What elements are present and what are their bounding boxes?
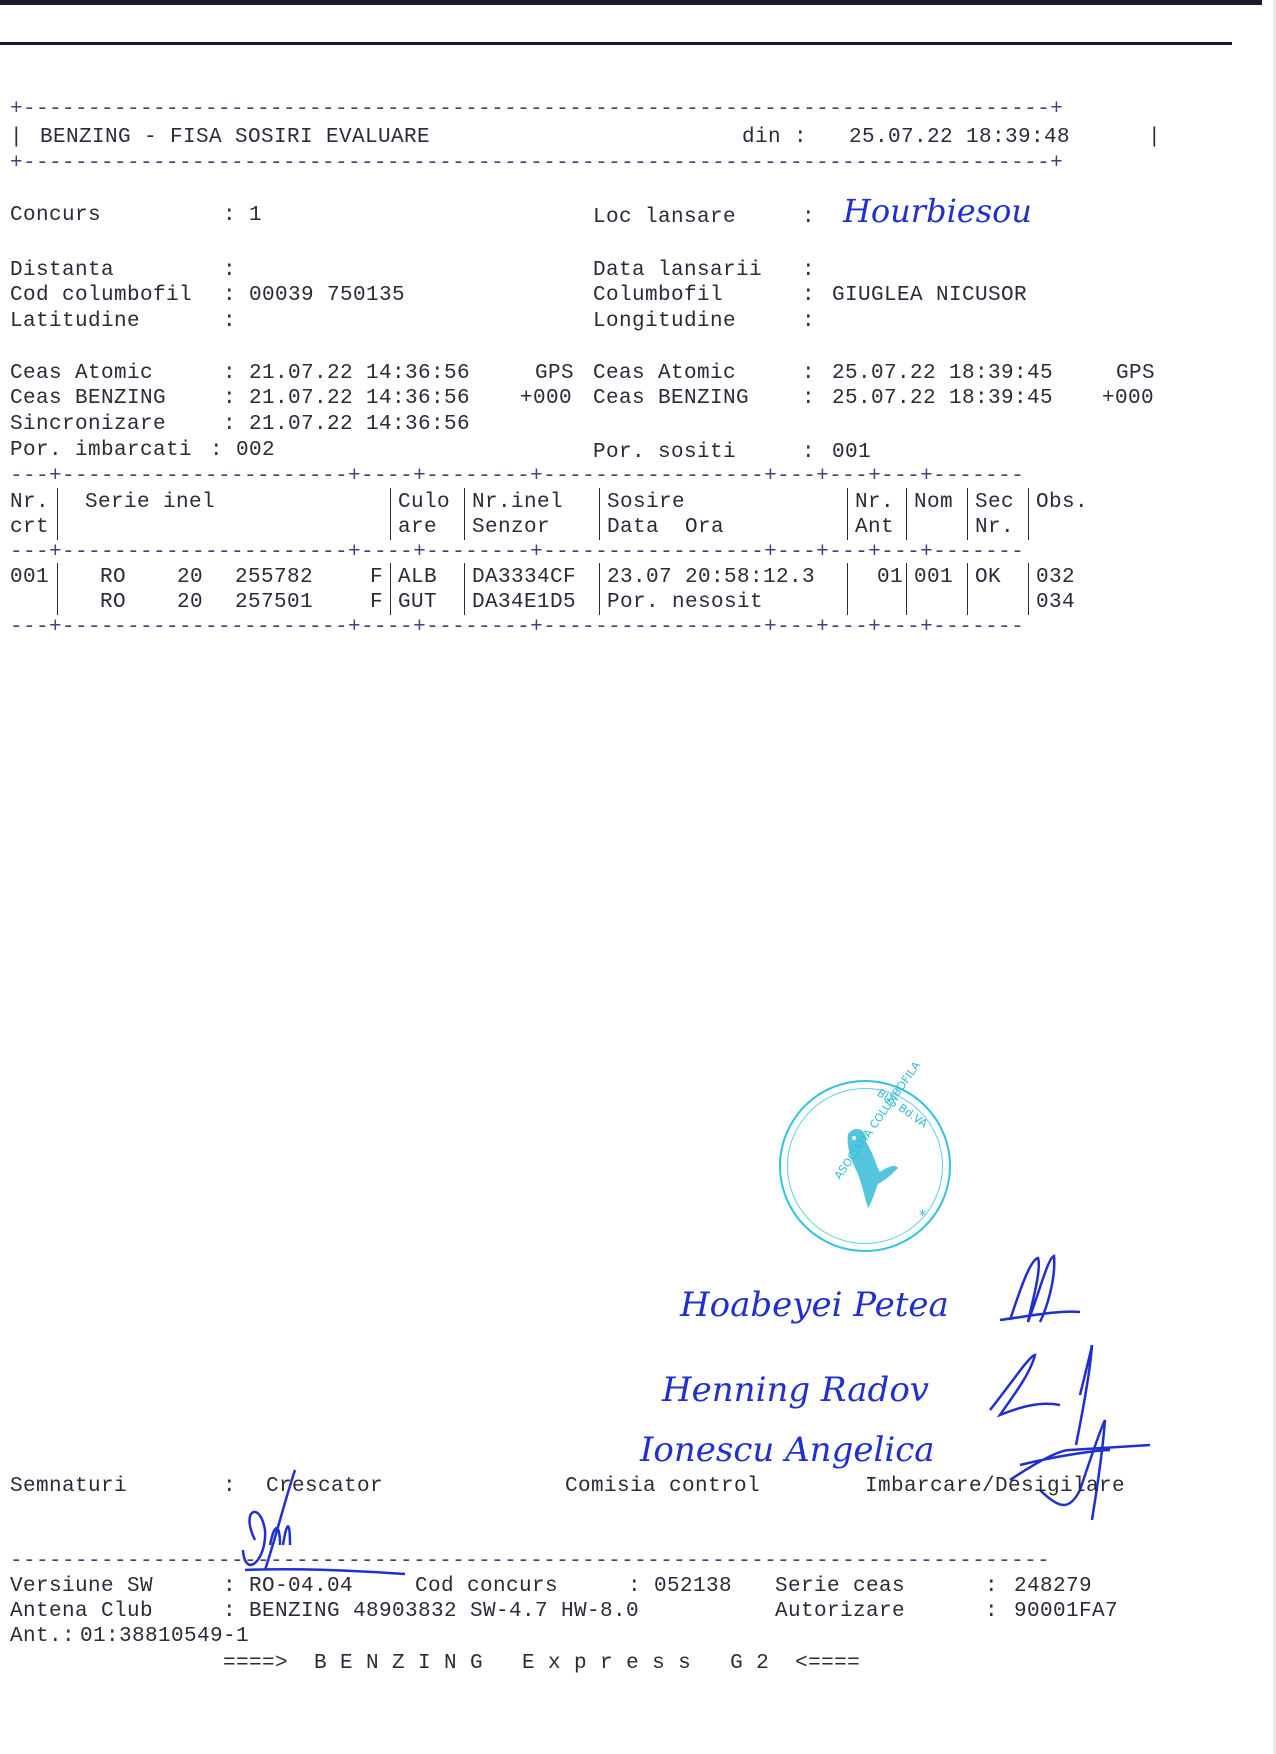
table-cell-country: RO <box>100 565 126 590</box>
columbofil-value: GIUGLEA NICUSOR <box>832 283 1027 308</box>
footer-banner: ====> B E N Z I N G E x p r e s s G 2 <=… <box>223 1651 860 1676</box>
ant-label: Ant.: <box>10 1624 75 1649</box>
table-cell-sec: OK <box>975 565 1001 590</box>
pigeon-icon <box>836 1122 906 1212</box>
column-separator <box>906 588 907 615</box>
signature-scribble-3 <box>1000 1420 1170 1520</box>
versiune-sw-value: RO-04.04 <box>249 1574 353 1599</box>
table-cell-color: GUT <box>398 590 437 615</box>
semnaturi-label: Semnaturi <box>10 1474 127 1499</box>
table-cell-sex: F <box>370 565 383 590</box>
cod-columbofil-value: 00039 750135 <box>249 283 405 308</box>
table-cell-country: RO <box>100 590 126 615</box>
longitudine-label: Longitudine <box>593 309 736 334</box>
left-ceas-benzing-value: 21.07.22 14:36:56 <box>249 386 470 411</box>
distanta-label: Distanta <box>10 258 114 283</box>
column-separator <box>1028 563 1029 590</box>
cod-concurs-label: Cod concurs <box>415 1574 558 1599</box>
column-separator <box>967 563 968 590</box>
colon: : <box>223 1599 236 1624</box>
loc-lansare-colon: : <box>802 205 815 230</box>
antena-club-value: BENZING 48903832 SW-4.7 HW-8.0 <box>249 1599 639 1624</box>
colon: : <box>223 361 236 386</box>
header-box-bottom-border: +---------------------------------------… <box>10 158 1063 170</box>
column-separator <box>906 513 907 540</box>
table-cell-arrival: 23.07 20:58:12.3 <box>607 565 815 590</box>
page-top-edge <box>0 0 1262 5</box>
table-header-cell: Ant <box>855 515 894 540</box>
table-header-cell: Serie inel <box>85 490 215 515</box>
column-separator <box>847 563 848 590</box>
loc-lansare-handwritten: Hourbiesou <box>843 192 1032 230</box>
table-header-cell: Senzor <box>472 515 550 540</box>
colon: : <box>802 386 815 411</box>
table-cell-sex: F <box>370 590 383 615</box>
left-ceas-atomic-value: 21.07.22 14:36:56 <box>249 361 470 386</box>
left-ceas-benzing-label: Ceas BENZING <box>10 386 166 411</box>
column-separator <box>390 513 391 540</box>
table-cell-obs: 032 <box>1036 565 1075 590</box>
right-ceas-atomic-value: 25.07.22 18:39:45 <box>832 361 1053 386</box>
right-ceas-benzing-label: Ceas BENZING <box>593 386 749 411</box>
table-cell-sensor: DA34E1D5 <box>472 590 576 615</box>
column-separator <box>906 488 907 515</box>
antena-club-label: Antena Club <box>10 1599 153 1624</box>
signature-scribble-1 <box>990 1250 1090 1340</box>
handwritten-name-3: Ionescu Angelica <box>640 1430 935 1470</box>
data-lansarii-colon: : <box>802 258 815 283</box>
column-separator <box>847 513 848 540</box>
column-separator <box>599 513 600 540</box>
distanta-colon: : <box>223 258 236 283</box>
column-separator <box>57 563 58 590</box>
column-separator <box>390 563 391 590</box>
colon: : <box>802 361 815 386</box>
table-header-cell: Culo <box>398 490 450 515</box>
serie-ceas-label: Serie ceas <box>775 1574 905 1599</box>
concurs-value: 1 <box>249 203 262 228</box>
table-top-border: ---+----------------------+----+--------… <box>10 471 1024 483</box>
header-box-top-border: +---------------------------------------… <box>10 104 1063 116</box>
column-separator <box>967 488 968 515</box>
column-separator <box>847 488 848 515</box>
columbofil-label: Columbofil <box>593 283 723 308</box>
column-separator <box>599 588 600 615</box>
data-lansarii-label: Data lansarii <box>593 258 762 283</box>
colon: : <box>985 1599 998 1624</box>
latitudine-label: Latitudine <box>10 309 140 334</box>
column-separator <box>57 588 58 615</box>
column-separator <box>1028 488 1029 515</box>
autorizare-value: 90001FA7 <box>1014 1599 1118 1624</box>
column-separator <box>464 563 465 590</box>
cod-columbofil-label: Cod columbofil <box>10 283 192 308</box>
concurs-label: Concurs <box>10 203 101 228</box>
table-cell-year: 20 <box>177 590 203 615</box>
table-cell-sensor: DA3334CF <box>472 565 576 590</box>
table-header-cell: Data Ora <box>607 515 724 540</box>
column-separator <box>390 488 391 515</box>
table-cell-ring: 255782 <box>235 565 313 590</box>
column-separator <box>464 588 465 615</box>
table-cell-arrival: Por. nesosit <box>607 590 763 615</box>
right-ceas-benzing-suffix: +000 <box>1102 386 1154 411</box>
left-ceas-atomic-label: Ceas Atomic <box>10 361 153 386</box>
column-separator <box>1028 588 1029 615</box>
table-cell-ring: 257501 <box>235 590 313 615</box>
left-ceas-atomic-suffix: GPS <box>535 361 574 386</box>
table-header-cell: Obs. <box>1036 490 1088 515</box>
versiune-sw-label: Versiune SW <box>10 1574 153 1599</box>
column-separator <box>906 563 907 590</box>
header-box-left-border: | <box>10 125 23 150</box>
autorizare-label: Autorizare <box>775 1599 905 1624</box>
handwritten-name-1: Hoabeyei Petea <box>680 1285 949 1325</box>
top-rule <box>0 42 1232 45</box>
column-separator <box>57 513 58 540</box>
table-header-border: ---+----------------------+----+--------… <box>10 547 1024 559</box>
column-separator <box>599 563 600 590</box>
colon: : <box>223 386 236 411</box>
handwritten-name-2: Henning Radov <box>662 1370 929 1410</box>
longitudine-colon: : <box>802 309 815 334</box>
serie-ceas-value: 248279 <box>1014 1574 1092 1599</box>
por-imbarcati-value: 002 <box>236 438 275 463</box>
club-stamp: ASOCIATIA COLUMBOFILA BUS Bd.VA * <box>779 1080 951 1252</box>
document-title: BENZING - FISA SOSIRI EVALUARE <box>40 125 430 150</box>
column-separator <box>967 588 968 615</box>
concurs-colon: : <box>223 203 236 228</box>
table-cell-year: 20 <box>177 565 203 590</box>
table-bottom-border: ---+----------------------+----+--------… <box>10 622 1024 634</box>
ant-value: 01:38810549-1 <box>80 1624 249 1649</box>
column-separator <box>464 488 465 515</box>
colon: : <box>223 1574 236 1599</box>
column-separator <box>599 488 600 515</box>
por-sositi-value: 001 <box>832 440 871 465</box>
header-date-value: 25.07.22 18:39:48 <box>849 125 1070 150</box>
footer-top-border: ----------------------------------------… <box>10 1556 1050 1568</box>
table-header-cell: Nr. <box>10 490 49 515</box>
table-header-cell: Nr.inel <box>472 490 563 515</box>
right-ceas-atomic-suffix: GPS <box>1116 361 1155 386</box>
column-separator <box>464 513 465 540</box>
imbarcare-desigilare-label: Imbarcare/Desigilare <box>865 1474 1125 1499</box>
table-header-cell: Nr. <box>975 515 1014 540</box>
table-cell-nom: 001 <box>914 565 953 590</box>
right-ceas-atomic-label: Ceas Atomic <box>593 361 736 386</box>
columbofil-colon: : <box>802 283 815 308</box>
table-cell-obs: 034 <box>1036 590 1075 615</box>
table-cell-nr-crt: 001 <box>10 565 49 590</box>
left-ceas-benzing-suffix: +000 <box>520 386 572 411</box>
latitudine-colon: : <box>223 309 236 334</box>
colon: : <box>985 1574 998 1599</box>
cod-columbofil-colon: : <box>223 283 236 308</box>
por-sositi-label: Por. sositi <box>593 440 736 465</box>
sincronizare-value: 21.07.22 14:36:56 <box>249 412 470 437</box>
table-cell-color: ALB <box>398 565 437 590</box>
colon: : <box>223 412 236 437</box>
colon: : <box>210 438 223 463</box>
table-header-cell: Sec <box>975 490 1014 515</box>
table-header-cell: crt <box>10 515 49 540</box>
header-date-label: din : <box>742 125 807 150</box>
column-separator <box>57 488 58 515</box>
column-separator <box>390 588 391 615</box>
sincronizare-label: Sincronizare <box>10 412 166 437</box>
header-box-right-border: | <box>1148 125 1161 150</box>
right-ceas-benzing-value: 25.07.22 18:39:45 <box>832 386 1053 411</box>
column-separator <box>847 588 848 615</box>
loc-lansare-label: Loc lansare <box>593 205 736 230</box>
table-header-cell: Nr. <box>855 490 894 515</box>
table-header-cell: are <box>398 515 437 540</box>
table-cell-ant: 01 <box>877 565 903 590</box>
column-separator <box>967 513 968 540</box>
colon: : <box>628 1574 641 1599</box>
por-imbarcati-label: Por. imbarcati <box>10 438 192 463</box>
column-separator <box>1028 513 1029 540</box>
table-header-cell: Sosire <box>607 490 685 515</box>
stamp-star: * <box>919 1208 926 1224</box>
table-header-cell: Nom <box>914 490 953 515</box>
colon: : <box>802 440 815 465</box>
cod-concurs-value: 052138 <box>654 1574 732 1599</box>
comisia-control-label: Comisia control <box>565 1474 760 1499</box>
